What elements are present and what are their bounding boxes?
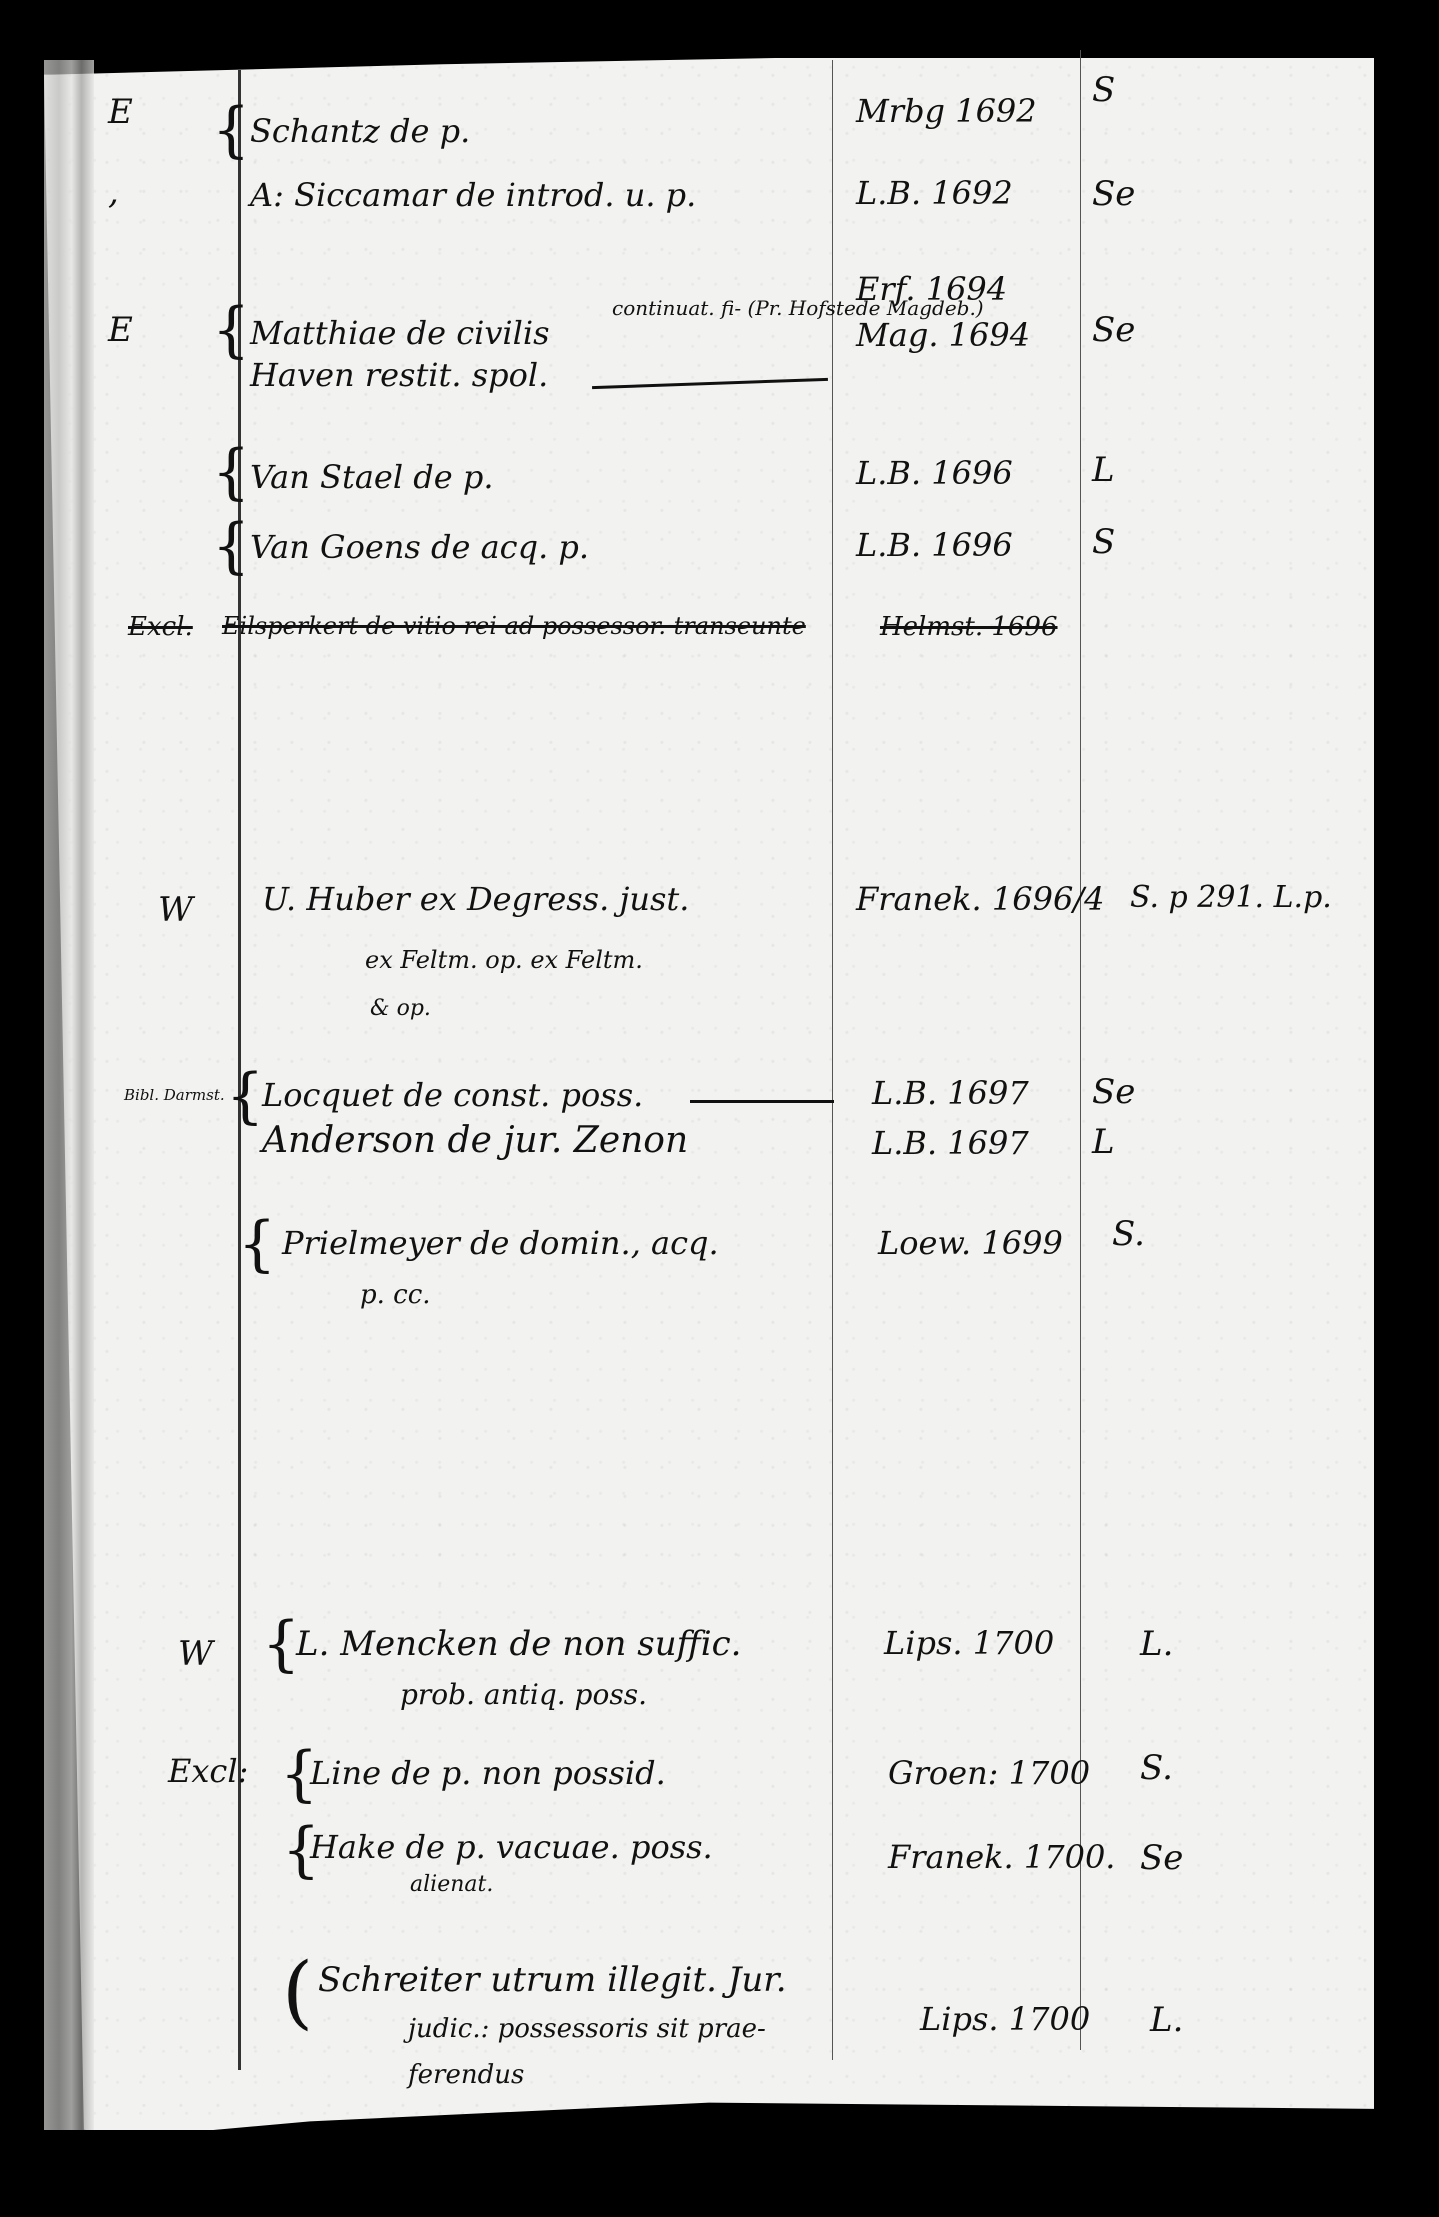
entry-title: Van Stael de p. [250,458,493,496]
code-column-rule [1080,50,1081,2050]
margin-mark: Excl: [168,1752,248,1790]
brace-glyph: { [238,1214,276,1274]
brace-glyph: { [212,300,250,360]
brace-glyph: { [212,442,250,502]
entry-title: Prielmeyer de domin., acq. [282,1224,719,1262]
entry-title: Schantz de p. [250,112,470,150]
entry-place-year: Franek. 1700. [888,1838,1115,1876]
entry-title: L. Mencken de non suffic. [296,1624,741,1664]
entry-place-year: L.B. 1692 [856,174,1013,212]
margin-mark: Bibl. Darmst. [124,1086,225,1104]
entry-title: Anderson de jur. Zenon [262,1120,688,1161]
entry-title: Haven restit. spol. [250,356,548,394]
entry-code: S. [1140,1748,1173,1788]
entry-code: S [1092,522,1115,562]
brace-glyph: { [212,100,250,160]
brace-glyph: { [226,1066,264,1126]
brace-glyph: { [212,516,250,576]
entry-subline: prob. antiq. poss. [400,1678,647,1711]
entry-title: Eilsperkert de vitio rei ad possessor. t… [222,612,806,640]
place-column-rule [832,60,833,2060]
brace-glyph: ( [282,1952,313,2032]
entry-title: U. Huber ex Degress. just. [262,880,689,918]
scan-background [44,2130,1434,2217]
margin-mark: W [158,890,193,930]
entry-code: L. [1140,1624,1173,1664]
entry-place-year: Erf. 1694 [856,270,1007,308]
entry-place-year: Lips. 1700 [884,1624,1054,1662]
entry-code: S [1092,70,1115,110]
entry-code: Se [1092,310,1135,350]
margin-mark: , [108,172,119,212]
page-binding-edge [44,60,94,2140]
entry-title: Hake de p. vacuae. poss. [310,1828,713,1866]
entry-title: Van Goens de acq. p. [250,528,589,566]
entry-title: Locquet de const. poss. [262,1076,643,1114]
entry-code: L [1092,1122,1115,1162]
entry-subline: ferendus [408,2060,524,2090]
brace-glyph: { [262,1614,300,1674]
entry-place-year: L.B. 1697 [872,1074,1029,1112]
entry-title: Matthiae de civilis [250,314,550,352]
entry-place-year: L.B. 1696 [856,526,1013,564]
entry-place-year: Franek. 1696/4 [856,880,1104,918]
entry-place-year: Lips. 1700 [920,2000,1090,2038]
connector-line [690,1100,834,1103]
entry-subline: ex Feltm. op. ex Feltm. [365,946,643,974]
entry-place-year: Helmst. 1696 [880,612,1058,642]
entry-code: Se [1140,1838,1183,1878]
entry-subline: & op. [370,996,431,1021]
entry-place-year: L.B. 1696 [856,454,1013,492]
entry-place-year: Mag. 1694 [856,316,1030,354]
margin-mark: Excl. [128,612,193,642]
entry-title: Schreiter utrum illegit. Jur. [318,1960,787,2000]
entry-code: Se [1092,1072,1135,1112]
entry-code: L. [1150,2000,1183,2040]
entry-place-year: L.B. 1697 [872,1124,1029,1162]
entry-code: S. p 291. L.p. [1130,880,1332,915]
entry-place-year: Mrbg 1692 [856,92,1037,130]
entry-place-year: Groen: 1700 [888,1754,1090,1792]
margin-mark: W [178,1634,213,1674]
entry-code: Se [1092,174,1135,214]
entry-subline: alienat. [410,1872,493,1897]
entry-place-year: Loew. 1699 [878,1224,1063,1262]
entry-title: A: Siccamar de introd. u. p. [250,176,696,214]
margin-mark: E [108,92,133,132]
entry-subline: p. cc. [360,1280,431,1310]
entry-code: S. [1112,1214,1145,1254]
entry-code: L [1092,450,1115,490]
entry-title: Line de p. non possid. [310,1754,666,1792]
entry-subline: judic.: possessoris sit prae- [408,2014,766,2044]
margin-mark: E [108,310,133,350]
